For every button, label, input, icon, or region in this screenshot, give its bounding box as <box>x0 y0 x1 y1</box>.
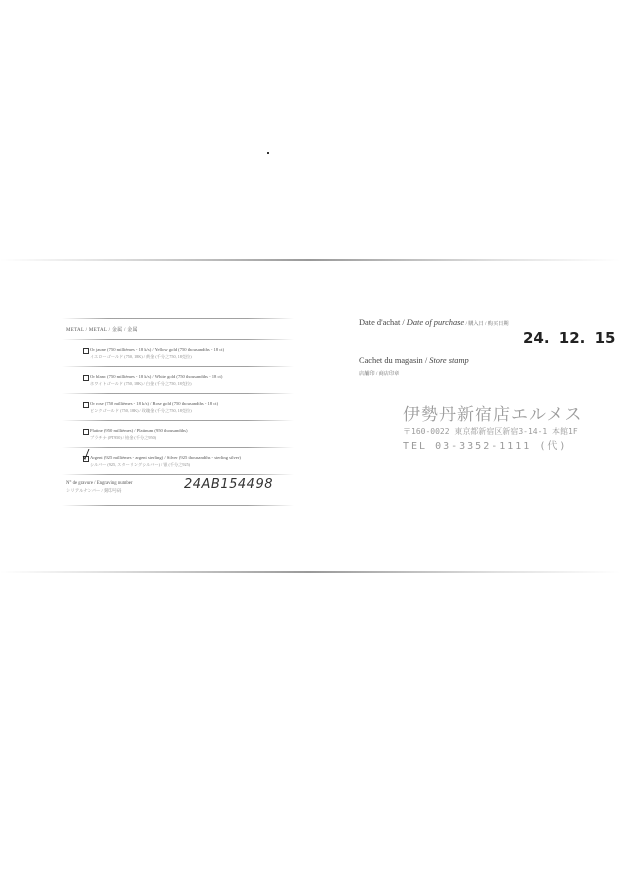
checkbox[interactable] <box>83 402 89 408</box>
fold-line-top <box>0 259 620 261</box>
store-stamp-label-jp: 店舗印 / 商店印章 <box>359 370 399 377</box>
purchase-date-value: 24. 12. 15 <box>523 329 615 347</box>
metal-option-rose-gold[interactable]: Or rose (750 millièmes - 18 k/s) / Rose … <box>62 394 294 420</box>
option-sublabel: ピンクゴールド (750, 18K) / 玫瑰金 (千分之750, 18克拉) <box>83 408 294 414</box>
checkbox[interactable] <box>83 375 89 381</box>
store-address: 〒160-0022 東京都新宿区新宿3-14-1 本館1F <box>403 426 583 437</box>
purchase-date-label-fr: Date d'achat / <box>359 318 407 327</box>
metal-option-silver[interactable]: Argent (925 millièmes - argent sterling)… <box>62 448 294 474</box>
option-label: Or blanc (750 millièmes - 18 k/s) / Whit… <box>83 374 294 379</box>
checkmark-icon <box>82 449 90 460</box>
scan-speck <box>267 152 269 154</box>
store-stamp-label-fr: Cachet du magasin / <box>359 356 429 365</box>
purchase-date-label: Date d'achat / Date of purchase / 購入日 / … <box>359 318 609 327</box>
metal-certificate-panel: METAL / METAL / 金属 / 金属 Or jaune (750 mi… <box>62 318 294 506</box>
engraving-label: N° de gravure / Engraving number <box>66 481 133 486</box>
divider <box>62 505 294 506</box>
option-sublabel: シルバー (925, スターリングシルバー) / 银 (千分之925) <box>83 462 294 468</box>
option-label: Platine (950 millièmes) / Platinum (950 … <box>83 428 294 433</box>
store-phone: TEL 03-3352-1111 (代) <box>403 437 583 452</box>
purchase-date-label-en: Date of purchase <box>407 318 464 327</box>
purchase-date-label-jp: / 購入日 / 购买日期 <box>464 321 508 327</box>
option-label: Argent (925 millièmes - argent sterling)… <box>83 455 294 460</box>
engraving-label-jp: シリアルナンバー / 刻印号码 <box>66 488 121 494</box>
option-label: Or jaune (750 millièmes - 18 k/s) / Yell… <box>83 347 294 352</box>
engraving-number: 24AB154498 <box>184 477 273 492</box>
metal-option-platinum[interactable]: Platine (950 millièmes) / Platinum (950 … <box>62 421 294 447</box>
engraving-number-row: N° de gravure / Engraving number シリアルナンバ… <box>62 475 294 505</box>
option-label: Or rose (750 millièmes - 18 k/s) / Rose … <box>83 401 294 406</box>
checkbox[interactable] <box>83 348 89 354</box>
store-stamp: 伊勢丹新宿店エルメス 〒160-0022 東京都新宿区新宿3-14-1 本館1F… <box>403 400 583 452</box>
metal-section-title: METAL / METAL / 金属 / 金属 <box>62 319 294 339</box>
store-name: 伊勢丹新宿店エルメス <box>403 400 583 425</box>
fold-line-bottom <box>0 571 620 573</box>
store-stamp-label: Cachet du magasin / Store stamp <box>359 356 469 365</box>
option-sublabel: ホワイトゴールド (750, 18K) / 白金 (千分之750, 18克拉) <box>83 381 294 387</box>
divider <box>62 318 294 319</box>
purchase-panel: Date d'achat / Date of purchase / 購入日 / … <box>359 318 609 327</box>
metal-option-white-gold[interactable]: Or blanc (750 millièmes - 18 k/s) / Whit… <box>62 367 294 393</box>
metal-option-yellow-gold[interactable]: Or jaune (750 millièmes - 18 k/s) / Yell… <box>62 340 294 366</box>
store-stamp-label-en: Store stamp <box>429 356 468 365</box>
checkbox[interactable] <box>83 429 89 435</box>
option-sublabel: イエローゴールド (750, 18K) / 黄金 (千分之750, 18克拉) <box>83 354 294 360</box>
option-sublabel: プラチナ (PT950) / 铂金 (千分之950) <box>83 435 294 441</box>
